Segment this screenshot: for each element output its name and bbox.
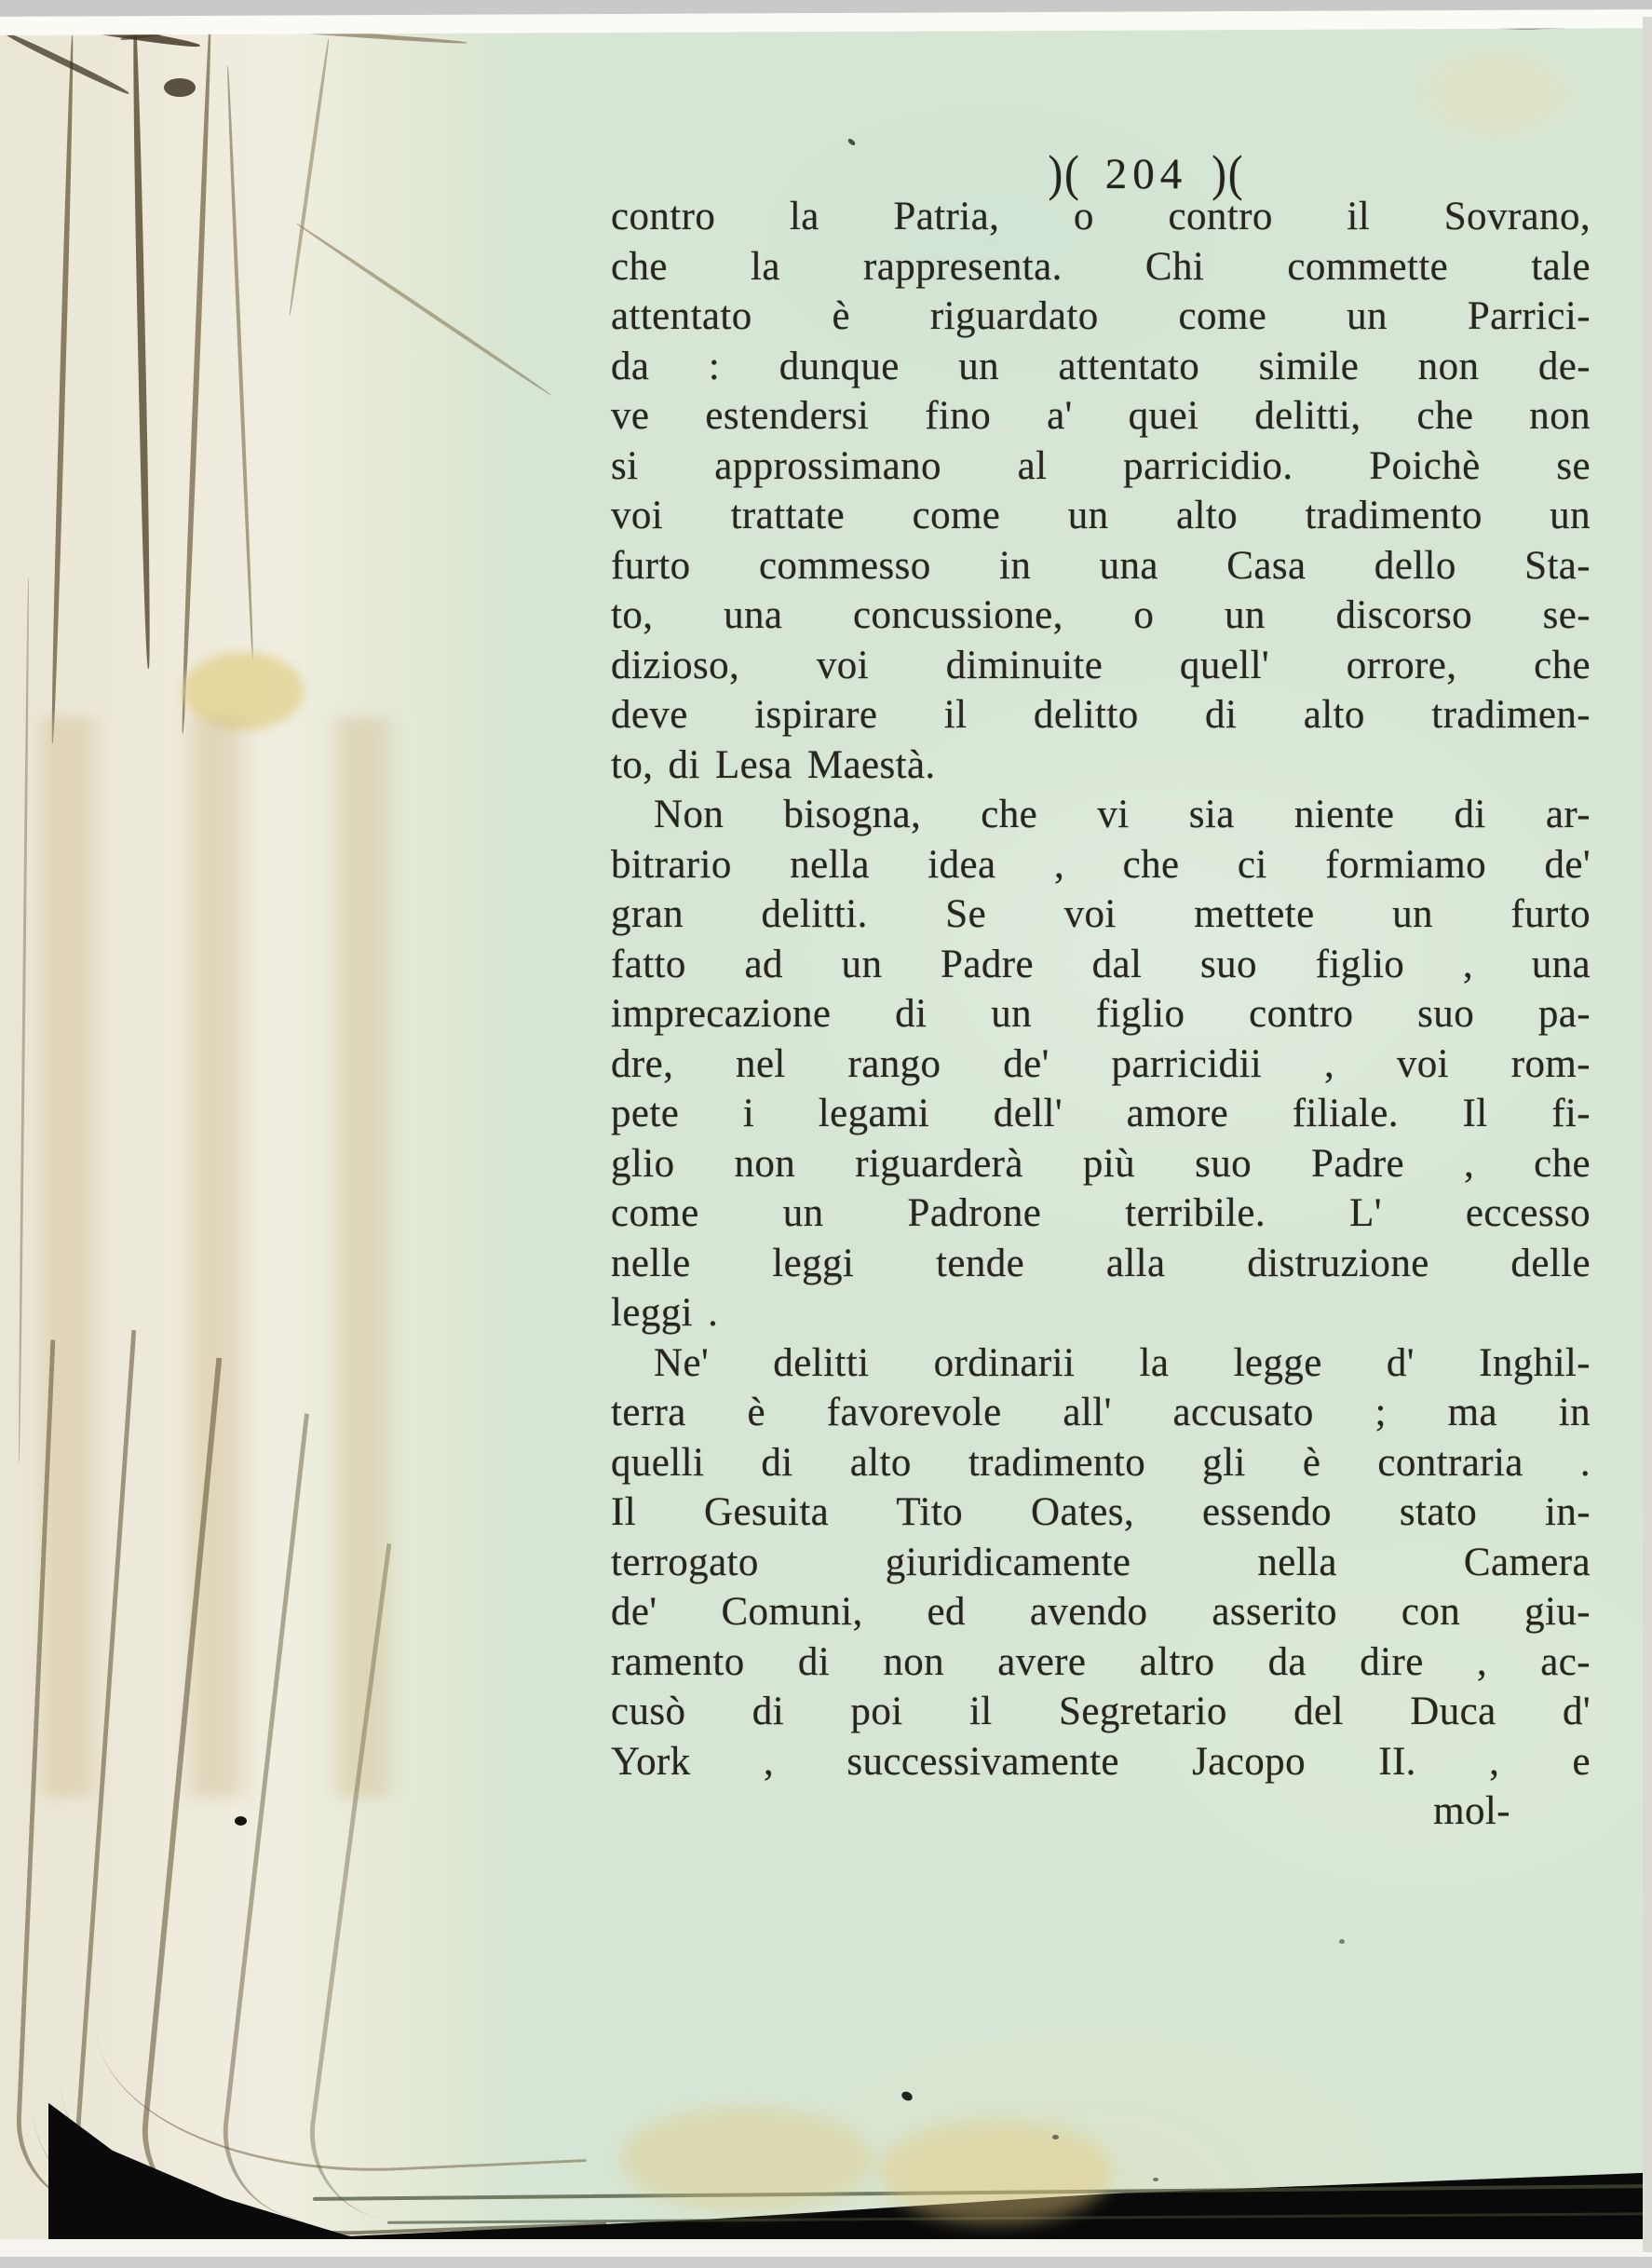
text-line: furto commesso in una Casa dello Sta- — [611, 541, 1591, 591]
text-line: glio non riguarderà più suo Padre , che — [611, 1139, 1591, 1189]
ink-speck — [235, 1816, 247, 1826]
edge-crack — [164, 78, 196, 97]
scanner-bar-bottom — [0, 2257, 1652, 2268]
text-line: fatto ad un Padre dal suo figlio , una — [611, 940, 1591, 990]
scanned-book-page: )(204)( contro la Patria, o contro il So… — [0, 0, 1652, 2268]
text-line: Il Gesuita Tito Oates, essendo stato in- — [611, 1487, 1591, 1538]
text-line: bitrario nella idea , che ci formiamo de… — [611, 840, 1591, 890]
ink-speck — [1153, 2178, 1158, 2181]
text-line: to, di Lesa Maestà. — [611, 740, 1591, 791]
text-line: da : dunque un attentato simile non de- — [611, 342, 1591, 392]
ink-speck — [1052, 2135, 1059, 2139]
text-line: voi trattate come un alto tradimento un — [611, 491, 1591, 541]
text-line: ramento di non avere altro da dire , ac- — [611, 1637, 1591, 1688]
text-line: quelli di alto tradimento gli è contrari… — [611, 1438, 1591, 1488]
body-text-block: contro la Patria, o contro il Sovrano, c… — [611, 192, 1591, 1837]
text-line: si approssimano al parricidio. Poichè se — [611, 441, 1591, 492]
text-line: nelle leggi tende alla distruzione delle — [611, 1239, 1591, 1289]
text-line: che la rappresenta. Chi commette tale — [611, 242, 1591, 292]
text-line: deve ispirare il delitto di alto tradime… — [611, 690, 1591, 740]
text-line: come un Padrone terribile. L' eccesso — [611, 1188, 1591, 1239]
text-line: dizioso, voi diminuite quell' orrore, ch… — [611, 641, 1591, 691]
text-line: contro la Patria, o contro il Sovrano, — [611, 192, 1591, 242]
text-line: gran delitti. Se voi mettete un furto — [611, 890, 1591, 940]
text-line: pete i legami dell' amore filiale. Il fi… — [611, 1089, 1591, 1139]
ink-speck — [1339, 1939, 1345, 1944]
page-right-edge — [1643, 17, 1652, 2252]
paper-stain — [620, 2107, 872, 2211]
text-line: ve estendersi fino a' quei delitti, che … — [611, 391, 1591, 441]
paper-stain — [879, 2120, 1112, 2224]
text-line: attentato è riguardato come un Parrici- — [611, 292, 1591, 342]
text-line-paragraph-start: Non bisogna, che vi sia niente di ar- — [611, 790, 1591, 840]
text-line: cusò di poi il Segretario del Duca d' — [611, 1687, 1591, 1737]
text-line: de' Comuni, ed avendo asserito con giu- — [611, 1587, 1591, 1637]
text-line: terra è favorevole all' accusato ; ma in — [611, 1388, 1591, 1438]
text-line-paragraph-start: Ne' delitti ordinarii la legge d' Inghil… — [611, 1338, 1591, 1389]
text-line: leggi . — [611, 1288, 1591, 1338]
text-line: imprecazione di un figlio contro suo pa- — [611, 989, 1591, 1039]
paper-stain — [1425, 52, 1564, 134]
page-bottom-edge — [0, 2239, 1652, 2258]
text-line: dre, nel rango de' parricidii , voi rom- — [611, 1039, 1591, 1090]
text-line: terrogato giuridicamente nella Camera — [611, 1538, 1591, 1588]
text-line: York , successivamente Jacopo II. , e — [611, 1737, 1591, 1787]
catchword: mol- — [611, 1786, 1591, 1837]
text-line: to, una concussione, o un discorso se- — [611, 591, 1591, 641]
